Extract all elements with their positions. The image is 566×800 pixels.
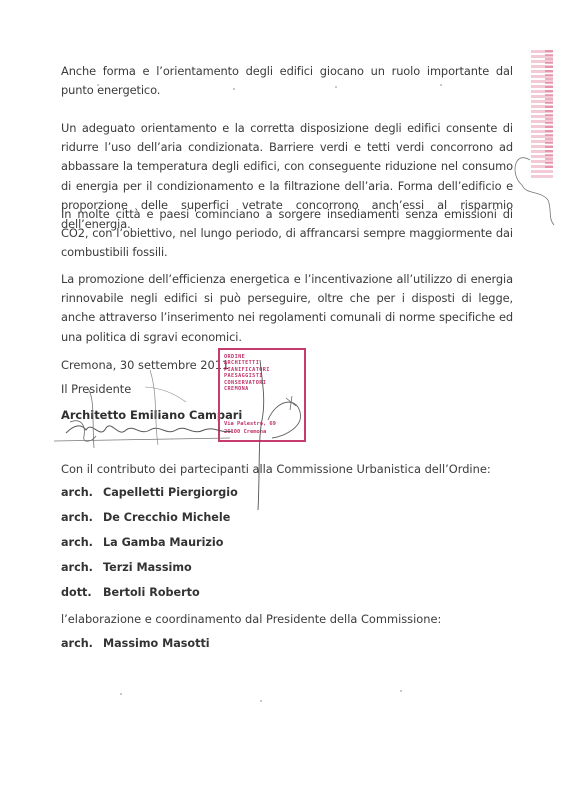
- stamp-address: Via Palestro, 69 26100 Cremona: [224, 420, 276, 436]
- scan-speck: [97, 84, 99, 86]
- contributor-item: arch.Terzi Massimo: [61, 561, 192, 574]
- contributors-intro: Con il contributo dei partecipanti alla …: [61, 461, 491, 477]
- contributor-item: arch.De Crecchio Michele: [61, 511, 230, 524]
- scan-speck: [400, 690, 402, 692]
- scan-speck: [260, 700, 262, 702]
- coordination-intro: l’elaborazione e coordinamento dal Presi…: [61, 611, 441, 627]
- contributor-item: arch.Capelletti Piergiorgio: [61, 486, 238, 499]
- scan-speck: [335, 86, 337, 88]
- paragraph-orientation: Anche forma e l’orientamento degli edifi…: [61, 62, 513, 100]
- coordinator-item: arch.Massimo Masotti: [61, 637, 210, 650]
- margin-stamp-strip: [545, 50, 553, 170]
- paragraph-promotion: La promozione dell’efficienza energetica…: [61, 270, 513, 347]
- place-date: Cremona, 30 settembre 2011: [61, 357, 229, 373]
- signer-name: Architetto Emiliano Campari: [61, 407, 242, 423]
- contributor-item: dott.Bertoli Roberto: [61, 586, 200, 599]
- scan-speck: [440, 84, 442, 86]
- scan-speck: [120, 693, 122, 695]
- scanned-document-page: Anche forma e l’orientamento degli edifi…: [0, 0, 566, 800]
- contributor-item: arch.La Gamba Maurizio: [61, 536, 223, 549]
- stamp-header: ORDINE ARCHITETTI PIANIFICATORI PAESAGGI…: [224, 354, 270, 392]
- paragraph-co2: In molte città e paesi cominciano a sorg…: [61, 205, 513, 263]
- scan-speck: [233, 88, 235, 90]
- signer-role: Il Presidente: [61, 381, 131, 397]
- official-stamp: ORDINE ARCHITETTI PIANIFICATORI PAESAGGI…: [218, 348, 306, 442]
